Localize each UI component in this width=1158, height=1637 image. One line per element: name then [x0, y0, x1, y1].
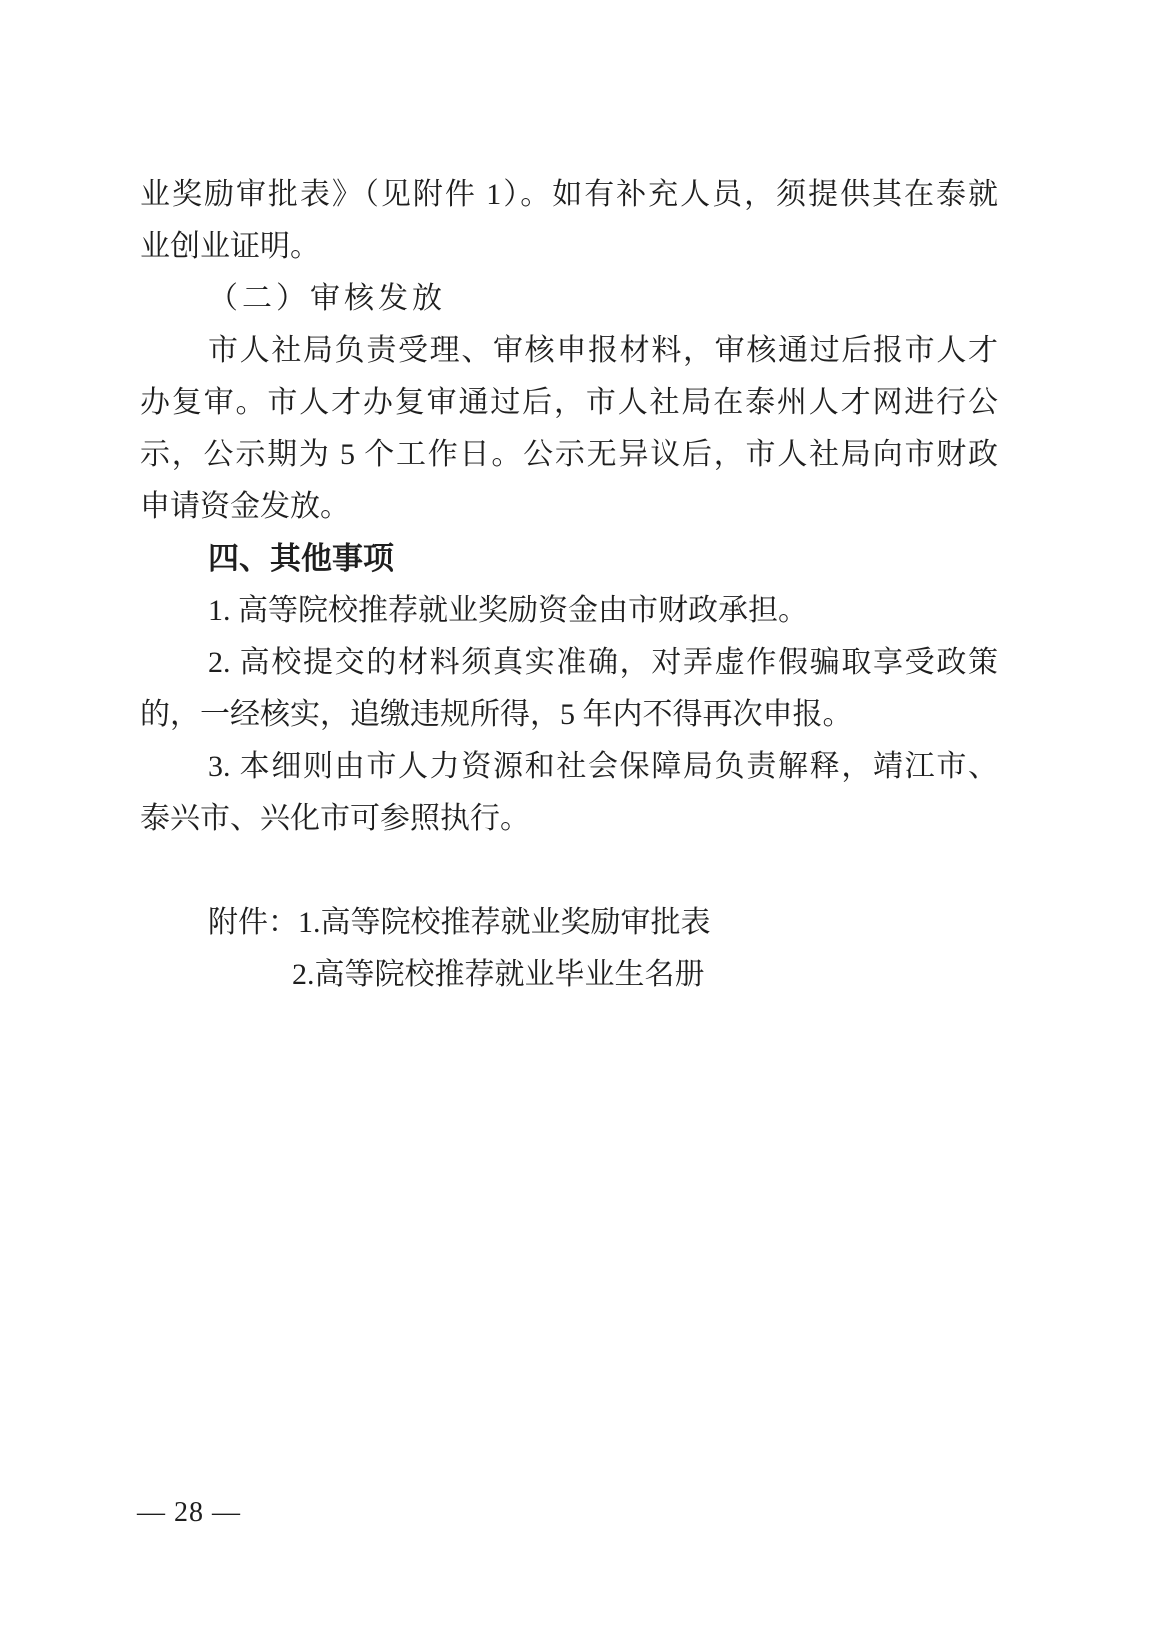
- subsection-heading: （二）审核发放: [140, 273, 998, 325]
- item-3-line-1: 3. 本细则由市人力资源和社会保障局负责解释，靖江市、: [140, 741, 998, 793]
- page-number: — 28 —: [137, 1487, 241, 1539]
- document-page: 业奖励审批表》（见附件 1）。如有补充人员，须提供其在泰就 业创业证明。 （二）…: [0, 0, 1158, 1637]
- text-block: 业奖励审批表》（见附件 1）。如有补充人员，须提供其在泰就 业创业证明。 （二）…: [140, 169, 998, 1001]
- attachment-line-1: 附件：1.高等院校推荐就业奖励审批表: [140, 897, 998, 949]
- attachment-line-2: 2.高等院校推荐就业毕业生名册: [140, 949, 998, 1001]
- para-review-line-4: 申请资金发放。: [140, 481, 998, 533]
- blank-line: [140, 845, 998, 897]
- item-2-line-1: 2. 高校提交的材料须真实准确，对弄虚作假骗取享受政策: [140, 637, 998, 689]
- item-2-line-2: 的，一经核实，追缴违规所得，5 年内不得再次申报。: [140, 689, 998, 741]
- item-1-line-1: 1. 高等院校推荐就业奖励资金由市财政承担。: [140, 585, 998, 637]
- body-line-continuation-2: 业创业证明。: [140, 221, 998, 273]
- para-review-line-3: 示，公示期为 5 个工作日。公示无异议后，市人社局向市财政: [140, 429, 998, 481]
- body-line-continuation-1: 业奖励审批表》（见附件 1）。如有补充人员，须提供其在泰就: [140, 169, 998, 221]
- section-heading: 四、其他事项: [140, 533, 998, 585]
- para-review-line-1: 市人社局负责受理、审核申报材料，审核通过后报市人才: [140, 325, 998, 377]
- item-3-line-2: 泰兴市、兴化市可参照执行。: [140, 793, 998, 845]
- para-review-line-2: 办复审。市人才办复审通过后，市人社局在泰州人才网进行公: [140, 377, 998, 429]
